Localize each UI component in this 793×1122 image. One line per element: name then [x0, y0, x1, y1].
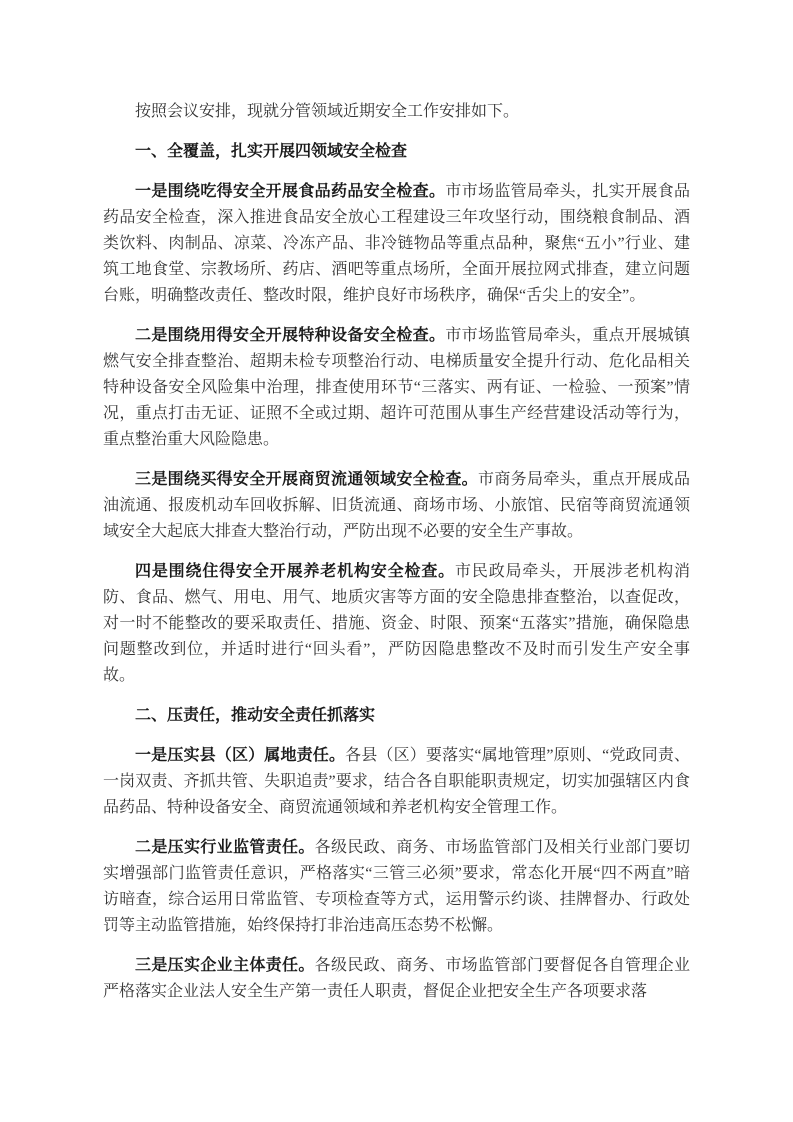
paragraph-lead: 二是压实行业监管责任。 — [135, 839, 315, 856]
paragraph-lead: 三是压实企业主体责任。 — [135, 957, 315, 974]
document-page: 按照会议安排，现就分管领域近期安全工作安排如下。 一、全覆盖，扎实开展四领域安全… — [0, 0, 793, 1122]
section-2-heading: 二、压责任，推动安全责任抓落实 — [103, 703, 690, 729]
paragraph-body: 市市场监管局牵头，扎实开展食品药品安全检查，深入推进食品安全放心工程建设三年攻坚… — [103, 183, 690, 304]
paragraph-lead: 一是压实县（区）属地责任。 — [135, 747, 345, 764]
section-1-paragraph-2: 二是围绕用得安全开展特种设备安全检查。市市场监管局牵头，重点开展城镇燃气安全排查… — [103, 323, 690, 453]
section-1-paragraph-1: 一是围绕吃得安全开展食品药品安全检查。市市场监管局牵头，扎实开展食品药品安全检查… — [103, 179, 690, 309]
paragraph-lead: 四是围绕住得安全开展养老机构安全检查。 — [135, 563, 455, 580]
section-2-paragraph-2: 二是压实行业监管责任。各级民政、商务、市场监管部门及相关行业部门要切实增强部门监… — [103, 835, 690, 939]
paragraph-lead: 三是围绕买得安全开展商贸流通领域安全检查。 — [135, 471, 478, 488]
section-1-paragraph-3: 三是围绕买得安全开展商贸流通领域安全检查。市商务局牵头，重点开展成品油流通、报废… — [103, 467, 690, 545]
section-1-heading: 一、全覆盖，扎实开展四领域安全检查 — [103, 139, 690, 165]
section-2-paragraph-3: 三是压实企业主体责任。各级民政、商务、市场监管部门要督促各自管理企业严格落实企业… — [103, 953, 690, 1005]
paragraph-body: 市市场监管局牵头，重点开展城镇燃气安全排查整治、超期未检专项整治行动、电梯质量安… — [103, 327, 690, 448]
paragraph-lead: 二是围绕用得安全开展特种设备安全检查。 — [135, 327, 445, 344]
paragraph-lead: 一是围绕吃得安全开展食品药品安全检查。 — [135, 183, 445, 200]
paragraph-body: 市民政局牵头，开展涉老机构消防、食品、燃气、用电、用气、地质灾害等方面的安全隐患… — [103, 563, 690, 684]
section-2-paragraph-1: 一是压实县（区）属地责任。各县（区）要落实“属地管理”原则、“党政同责、一岗双责… — [103, 743, 690, 821]
section-1-paragraph-4: 四是围绕住得安全开展养老机构安全检查。市民政局牵头，开展涉老机构消防、食品、燃气… — [103, 559, 690, 689]
intro-paragraph: 按照会议安排，现就分管领域近期安全工作安排如下。 — [103, 99, 690, 125]
